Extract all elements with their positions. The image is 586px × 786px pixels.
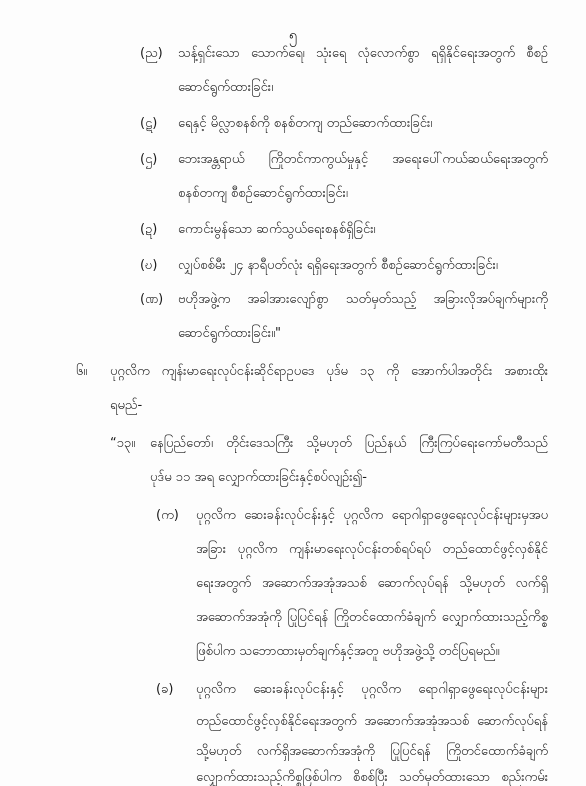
sub-item-label: (ခ) [156, 680, 173, 700]
section-number: ၆။ [76, 362, 87, 382]
sub-item-text: အဆောက်အအုံကို ပြုပြင်ရန် ကြိုတင်ထောက်ခံခ… [196, 608, 548, 628]
sub-item-text: ဖြစ်ပါက သဘောထားမှတ်ချက်နှင့်အတူ ဗဟိုအဖွဲ… [196, 642, 500, 662]
sub-item-label: (က) [156, 506, 179, 526]
section-text: ပုဂ္ဂလိက ကျန်းမာရေးလုပ်ငန်းဆိုင်ရာဥပဒေ ပ… [110, 362, 548, 382]
sub-item-text: လျှောက်ထားသည့်ကိစ္စဖြစ်ပါက စိစစ်ပြီး သတ်… [196, 768, 548, 786]
item-text: ရေနှင့် မိလ္လာစနစ်ကို စနစ်တကျ တည်ဆောက်ထာ… [178, 114, 432, 134]
item-label: (ဌ) [140, 150, 157, 170]
quoted-section-number: “၁၃။ [110, 434, 135, 454]
item-label: (ည) [140, 44, 163, 64]
section-text: ရမည်- [110, 396, 142, 416]
item-text: ဘေးအန္တရာယ် ကြိုတင်ကာကွယ်မှုနှင့် အရေးပေ… [178, 150, 548, 170]
item-label: (ဋ) [140, 114, 157, 134]
item-text: စနစ်တကျ စီစဉ်ဆောင်ရွက်ထားခြင်း၊ [178, 184, 348, 204]
item-text: ဆောင်ရွက်ထားခြင်း၊ [178, 78, 273, 98]
item-text: ဆောင်ရွက်ထားခြင်း။" [178, 324, 281, 344]
document-page: ၅ (ည) သန့်ရှင်းသော သောက်ရေ၊ သုံးရေ လုံလေ… [0, 0, 586, 786]
item-text: ဗဟိုအဖွဲ့က အခါအားလျော်စွာ သတ်မှတ်သည့် အခ… [178, 290, 548, 310]
item-text: ကောင်းမွန်သော ဆက်သွယ်ရေးစနစ်ရှိခြင်း၊ [178, 220, 376, 240]
sub-item-text: သို့မဟုတ် လက်ရှိအဆောက်အအုံကို ပြုပြင်ရန်… [196, 742, 548, 762]
item-text: လျှပ်စစ်မီး ၂၄ နာရီပတ်လုံး ရရှိရေးအတွက် … [178, 256, 498, 276]
quoted-section-text: နေပြည်တော်၊ တိုင်းဒေသကြီး သို့မဟုတ် ပြည်… [150, 434, 548, 454]
item-label: (ဍ) [140, 220, 157, 240]
sub-item-text: ပုဂ္ဂလိက ဆေးခန်းလုပ်ငန်းနှင့် ပုဂ္ဂလိက ရ… [196, 680, 548, 700]
item-text: သန့်ရှင်းသော သောက်ရေ၊ သုံးရေ လုံလောက်စွာ… [178, 44, 548, 64]
sub-item-text: အခြား ပုဂ္ဂလိက ကျန်းမာရေးလုပ်ငန်းတစ်ရပ်ရ… [196, 540, 548, 560]
sub-item-text: ပုဂ္ဂလိက ဆေးခန်းလုပ်ငန်းနှင့် ပုဂ္ဂလိက ရ… [196, 506, 548, 526]
quoted-section-text: ပုဒ်မ ၁၁ အရ လျှောက်ထားခြင်းနှင့်စပ်လျဉ်း… [150, 468, 367, 488]
sub-item-text: တည်ထောင်ဖွင့်လှစ်နိုင်ရေးအတွက် အဆောက်အအု… [196, 712, 548, 732]
item-label: (ဏ) [140, 290, 163, 310]
item-label: (ဎ) [140, 256, 157, 276]
sub-item-text: ရေးအတွက် အဆောက်အအုံအသစ် ဆောက်လုပ်ရန် သို… [196, 574, 548, 594]
